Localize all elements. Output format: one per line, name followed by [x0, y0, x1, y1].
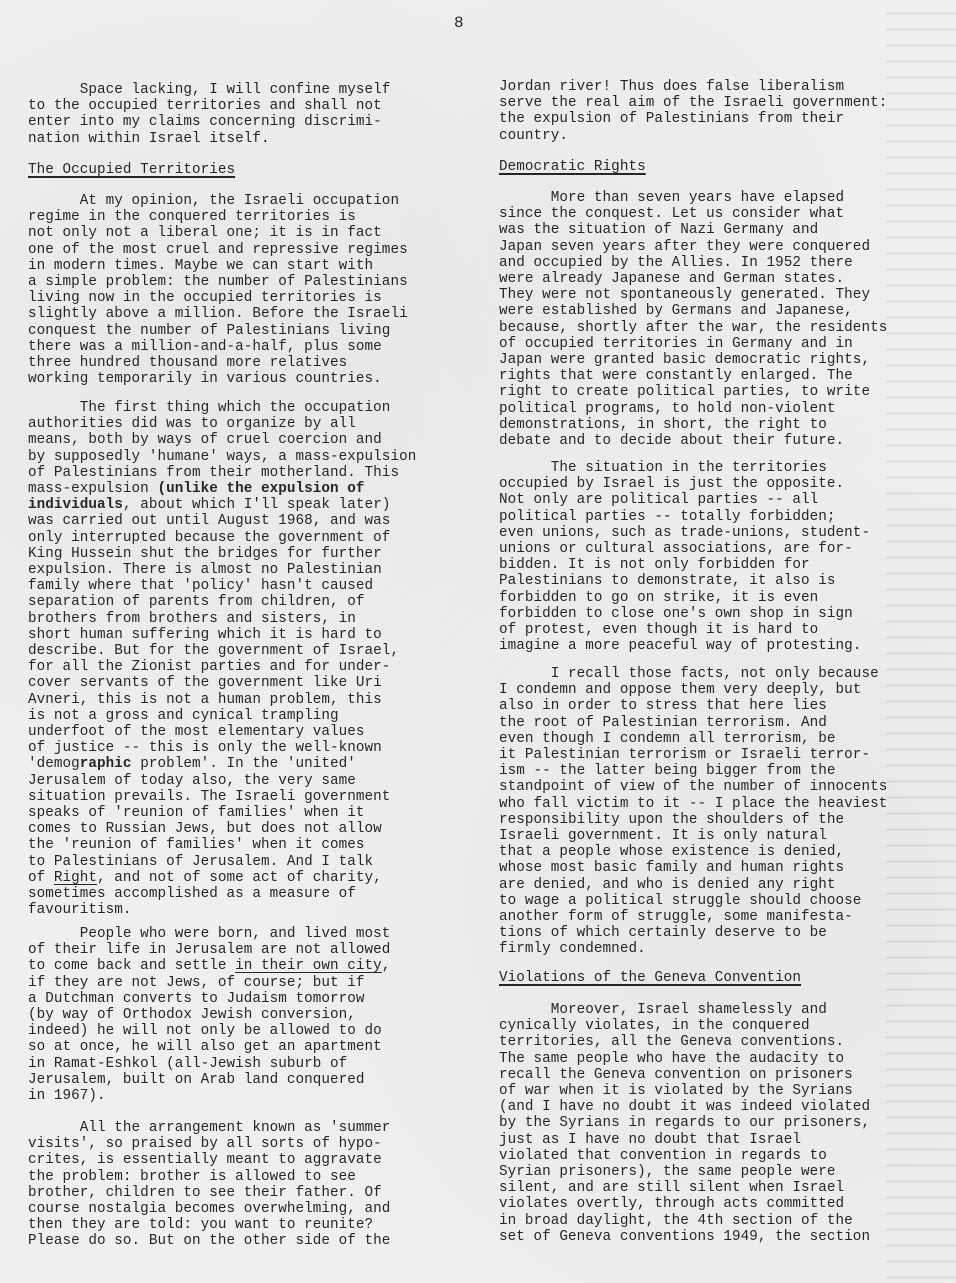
text-line: slightly above a million. Before the Isr…	[28, 306, 408, 322]
text-line: The situation in the territories	[499, 460, 827, 476]
text-line: brothers from brothers and sisters, in	[28, 611, 356, 627]
underlined-emphasis: Right	[54, 870, 97, 886]
text-line: were established by Germans and Japanese…	[499, 303, 853, 319]
text-line: political programs, to hold non-violent	[499, 401, 836, 417]
text-line: recall the Geneva convention on prisoner…	[499, 1067, 853, 1083]
text-line: working temporarily in various countries…	[28, 371, 382, 387]
text-line: Not only are political parties -- all	[499, 492, 818, 508]
text-line: and occupied by the Allies. In 1952 ther…	[499, 255, 853, 271]
text-line: nation within Israel itself.	[28, 131, 270, 147]
text-line: forbidden to go on strike, it is even	[499, 590, 818, 606]
section-heading-democratic-rights: Democratic Rights	[499, 159, 646, 175]
text-line: to Palestinians of Jerusalem. And I talk	[28, 854, 373, 870]
text-line: was the situation of Nazi Germany and	[499, 222, 818, 238]
text-line: I condemn and oppose them very deeply, b…	[499, 682, 861, 698]
text-line: even unions, such as trade-unions, stude…	[499, 525, 870, 541]
text-line: Please do so. But on the other side of t…	[28, 1233, 390, 1249]
text-line: by the Syrians in regards to our prisone…	[499, 1115, 870, 1131]
text-line: if they are not Jews, of course; but if	[28, 975, 365, 991]
text-line: visits', so praised by all sorts of hypo…	[28, 1136, 382, 1152]
text-line: so at once, he will also get an apartmen…	[28, 1039, 382, 1055]
text-line: Space lacking, I will confine myself	[28, 82, 390, 98]
text-line: living now in the occupied territories i…	[28, 290, 382, 306]
page-bleed-through	[886, 0, 956, 1283]
text-line: brother, children to see their father. O…	[28, 1185, 382, 1201]
text-line: cover servants of the government like Ur…	[28, 675, 382, 691]
text-line: Moreover, Israel shamelessly and	[499, 1002, 827, 1018]
text-line: right to create political parties, to wr…	[499, 384, 870, 400]
text-line: All the arrangement known as 'summer	[28, 1120, 390, 1136]
bold-emphasis: raphic	[80, 756, 132, 772]
text-line: were already Japanese and German states.	[499, 271, 844, 287]
text-line: Syrian prisoners), the same people were	[499, 1164, 836, 1180]
text-line: demonstrations, in short, the right to	[499, 417, 827, 433]
text-line: They were not spontaneously generated. T…	[499, 287, 870, 303]
text-line: favouritism.	[28, 902, 132, 918]
text-line: of war when it is violated by the Syrian…	[499, 1083, 853, 1099]
text-line: Avneri, this is not a human problem, thi…	[28, 692, 382, 708]
text-line: describe. But for the government of Isra…	[28, 643, 399, 659]
text-line: Jerusalem, built on Arab land conquered	[28, 1072, 365, 1088]
text-line: of justice -- this is only the well-know…	[28, 740, 382, 756]
text-line: debate and to decide about their future.	[499, 433, 844, 449]
text-line: situation prevails. The Israeli governme…	[28, 789, 390, 805]
text-line: authorities did was to organize by all	[28, 416, 356, 432]
text-line: serve the real aim of the Israeli govern…	[499, 95, 887, 111]
text-line: underfoot of the most elementary values	[28, 724, 365, 740]
text-line: Jordan river! Thus does false liberalism	[499, 79, 844, 95]
text-line: only interrupted because the government …	[28, 530, 390, 546]
text-line: that a people whose existence is denied,	[499, 844, 844, 860]
text-line: for all the Zionist parties and for unde…	[28, 659, 390, 675]
text-line: territories, all the Geneva conventions.	[499, 1034, 844, 1050]
text-line: of Right, and not of some act of charity…	[28, 870, 382, 886]
text-line: since the conquest. Let us consider what	[499, 206, 844, 222]
text-line: Japan seven years after they were conque…	[499, 239, 870, 255]
text-line: there was a million-and-a-half, plus som…	[28, 339, 382, 355]
text-line: course nostalgia becomes overwhelming, a…	[28, 1201, 390, 1217]
text-line: individuals, about which I'll speak late…	[28, 497, 390, 513]
text-line: sometimes accomplished as a measure of	[28, 886, 356, 902]
bold-emphasis: individuals	[28, 497, 123, 513]
text-line: imagine a more peaceful way of protestin…	[499, 638, 861, 654]
text-line: of Palestinians from their motherland. T…	[28, 465, 399, 481]
text-line: to wage a political struggle should choo…	[499, 893, 861, 909]
text-line: occupied by Israel is just the opposite.	[499, 476, 844, 492]
text-line: Jerusalem of today also, the very same	[28, 773, 356, 789]
text-line: conquest the number of Palestinians livi…	[28, 323, 390, 339]
text-line: People who were born, and lived most	[28, 926, 390, 942]
text-line: expulsion. There is almost no Palestinia…	[28, 562, 382, 578]
section-heading-occupied-territories: The Occupied Territories	[28, 162, 235, 178]
text-line: then they are told: you want to reunite?	[28, 1217, 373, 1233]
text-line: More than seven years have elapsed	[499, 190, 844, 206]
text-line: are denied, and who is denied any right	[499, 877, 836, 893]
text-line: crites, is essentially meant to aggravat…	[28, 1152, 382, 1168]
section-heading-geneva-convention: Violations of the Geneva Convention	[499, 970, 801, 986]
text-line: a Dutchman converts to Judaism tomorrow	[28, 991, 365, 1007]
text-line: not only not a liberal one; it is in fac…	[28, 225, 382, 241]
text-line: At my opinion, the Israeli occupation	[28, 193, 399, 209]
text-line: was carried out until August 1968, and w…	[28, 513, 390, 529]
text-line: (and I have no doubt it was indeed viola…	[499, 1099, 870, 1115]
underlined-emphasis: in their own city	[235, 958, 382, 974]
text-line: in 1967).	[28, 1088, 106, 1104]
text-line: is not a gross and cynical trampling	[28, 708, 339, 724]
text-line: of occupied territories in Germany and i…	[499, 336, 853, 352]
text-line: responsibility upon the shoulders of the	[499, 812, 844, 828]
text-line: three hundred thousand more relatives	[28, 355, 347, 371]
text-line: regime in the conquered territories is	[28, 209, 356, 225]
text-line: to come back and settle in their own cit…	[28, 958, 390, 974]
text-line: country.	[499, 128, 568, 144]
text-line: violated that convention in regards to	[499, 1148, 827, 1164]
text-line: another form of struggle, some manifesta…	[499, 909, 853, 925]
bold-emphasis: (unlike the expulsion of	[157, 481, 364, 497]
text-line: means, both by ways of cruel coercion an…	[28, 432, 382, 448]
text-line: cynically violates, in the conquered	[499, 1018, 810, 1034]
text-line: in broad daylight, the 4th section of th…	[499, 1213, 853, 1229]
text-line: also in order to stress that here lies	[499, 698, 827, 714]
text-line: forbidden to close one's own shop in sig…	[499, 606, 853, 622]
text-line: Japan were granted basic democratic righ…	[499, 352, 870, 368]
text-line: unions or cultural associations, are for…	[499, 541, 853, 557]
text-line: by supposedly 'humane' ways, a mass-expu…	[28, 449, 416, 465]
text-line: violates overtly, through acts committed	[499, 1196, 844, 1212]
text-line: family where that 'policy' hasn't caused	[28, 578, 373, 594]
text-line: bidden. It is not only forbidden for	[499, 557, 810, 573]
text-line: rights that were constantly enlarged. Th…	[499, 368, 853, 384]
text-line: set of Geneva conventions 1949, the sect…	[499, 1229, 870, 1245]
text-line: in modern times. Maybe we can start with	[28, 258, 373, 274]
text-line: ism -- the latter being bigger from the	[499, 763, 836, 779]
text-line: separation of parents from children, of	[28, 594, 365, 610]
text-line: firmly condemned.	[499, 941, 646, 957]
text-line: (by way of Orthodox Jewish conversion,	[28, 1007, 356, 1023]
page-number: 8	[454, 14, 464, 32]
text-line: whose most basic family and human rights	[499, 860, 844, 876]
text-line: tions of which certainly deserve to be	[499, 925, 827, 941]
text-line: Palestinians to demonstrate, it also is	[499, 573, 836, 589]
text-line: I recall those facts, not only because	[499, 666, 879, 682]
text-line: in Ramat-Eshkol (all-Jewish suburb of	[28, 1056, 347, 1072]
text-line: the 'reunion of families' when it comes	[28, 837, 365, 853]
text-line: the problem: brother is allowed to see	[28, 1169, 356, 1185]
text-line: Israeli government. It is only natural	[499, 828, 827, 844]
text-line: silent, and are still silent when Israel	[499, 1180, 844, 1196]
text-line: to the occupied territories and shall no…	[28, 98, 382, 114]
text-line: because, shortly after the war, the resi…	[499, 320, 887, 336]
text-line: The first thing which the occupation	[28, 400, 390, 416]
text-line: indeed) he will not only be allowed to d…	[28, 1023, 382, 1039]
text-line: it Palestinian terrorism or Israeli terr…	[499, 747, 870, 763]
text-line: a simple problem: the number of Palestin…	[28, 274, 408, 290]
text-line: standpoint of view of the number of inno…	[499, 779, 887, 795]
text-line: the root of Palestinian terrorism. And	[499, 715, 827, 731]
text-line: King Hussein shut the bridges for furthe…	[28, 546, 382, 562]
text-line: just as I have no doubt that Israel	[499, 1132, 801, 1148]
text-line: short human suffering which it is hard t…	[28, 627, 382, 643]
text-line: comes to Russian Jews, but does not allo…	[28, 821, 382, 837]
text-line: mass-expulsion (unlike the expulsion of	[28, 481, 365, 497]
text-line: speaks of 'reunion of families' when it	[28, 805, 365, 821]
text-line: who fall victim to it -- I place the hea…	[499, 796, 887, 812]
text-line: enter into my claims concerning discrimi…	[28, 114, 382, 130]
text-line: 'demographic problem'. In the 'united'	[28, 756, 356, 772]
text-line: The same people who have the audacity to	[499, 1051, 844, 1067]
text-line: of their life in Jerusalem are not allow…	[28, 942, 390, 958]
text-line: political parties -- totally forbidden;	[499, 509, 836, 525]
text-line: of protest, even though it is hard to	[499, 622, 818, 638]
text-line: the expulsion of Palestinians from their	[499, 111, 844, 127]
text-line: one of the most cruel and repressive reg…	[28, 242, 408, 258]
text-line: even though I condemn all terrorism, be	[499, 731, 836, 747]
